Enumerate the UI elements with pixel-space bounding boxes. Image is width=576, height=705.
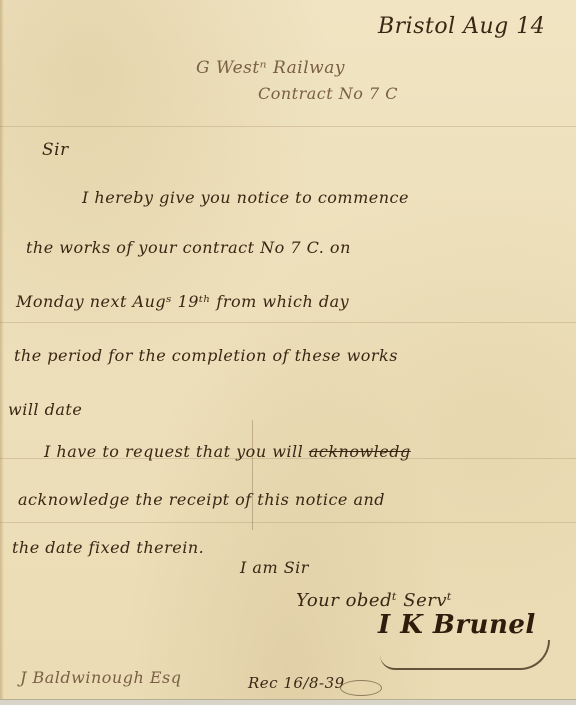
closing-line: Your obedᵗ Servᵗ — [296, 590, 452, 611]
body-line: I have to request that you will acknowle… — [44, 442, 411, 461]
closing-line: I am Sir — [240, 558, 309, 577]
signature: I K Brunel — [378, 610, 536, 640]
railway-heading: G Westⁿ Railway — [196, 58, 345, 78]
contract-heading: Contract No 7 C — [258, 84, 398, 103]
paper-left-edge — [0, 0, 4, 705]
place-date: Bristol Aug 14 — [378, 14, 545, 39]
vertical-crease — [252, 420, 253, 530]
body-line: Monday next Augˢ 19ᵗʰ from which day — [16, 292, 349, 311]
body-line-text: I have to request that you will — [44, 442, 303, 461]
signature-flourish — [380, 640, 550, 670]
struck-word: acknowledg — [309, 442, 411, 461]
body-line: the works of your contract No 7 C. on — [26, 238, 351, 257]
fold-line — [0, 522, 576, 523]
body-line: acknowledge the receipt of this notice a… — [18, 490, 385, 509]
body-line: the date fixed therein. — [12, 538, 204, 557]
body-line: the period for the completion of these w… — [14, 346, 398, 365]
letter-page: Bristol Aug 14 G Westⁿ Railway Contract … — [0, 0, 576, 705]
received-note: Rec 16/8-39 — [248, 674, 345, 692]
fold-line — [0, 322, 576, 323]
fold-line — [0, 126, 576, 127]
paper-bottom-edge — [0, 699, 576, 705]
addressee: J Baldwinough Esq — [20, 668, 181, 687]
received-flourish — [340, 680, 382, 696]
salutation: Sir — [42, 140, 69, 160]
body-line: I hereby give you notice to commence — [82, 188, 409, 207]
body-line: will date — [8, 400, 82, 419]
